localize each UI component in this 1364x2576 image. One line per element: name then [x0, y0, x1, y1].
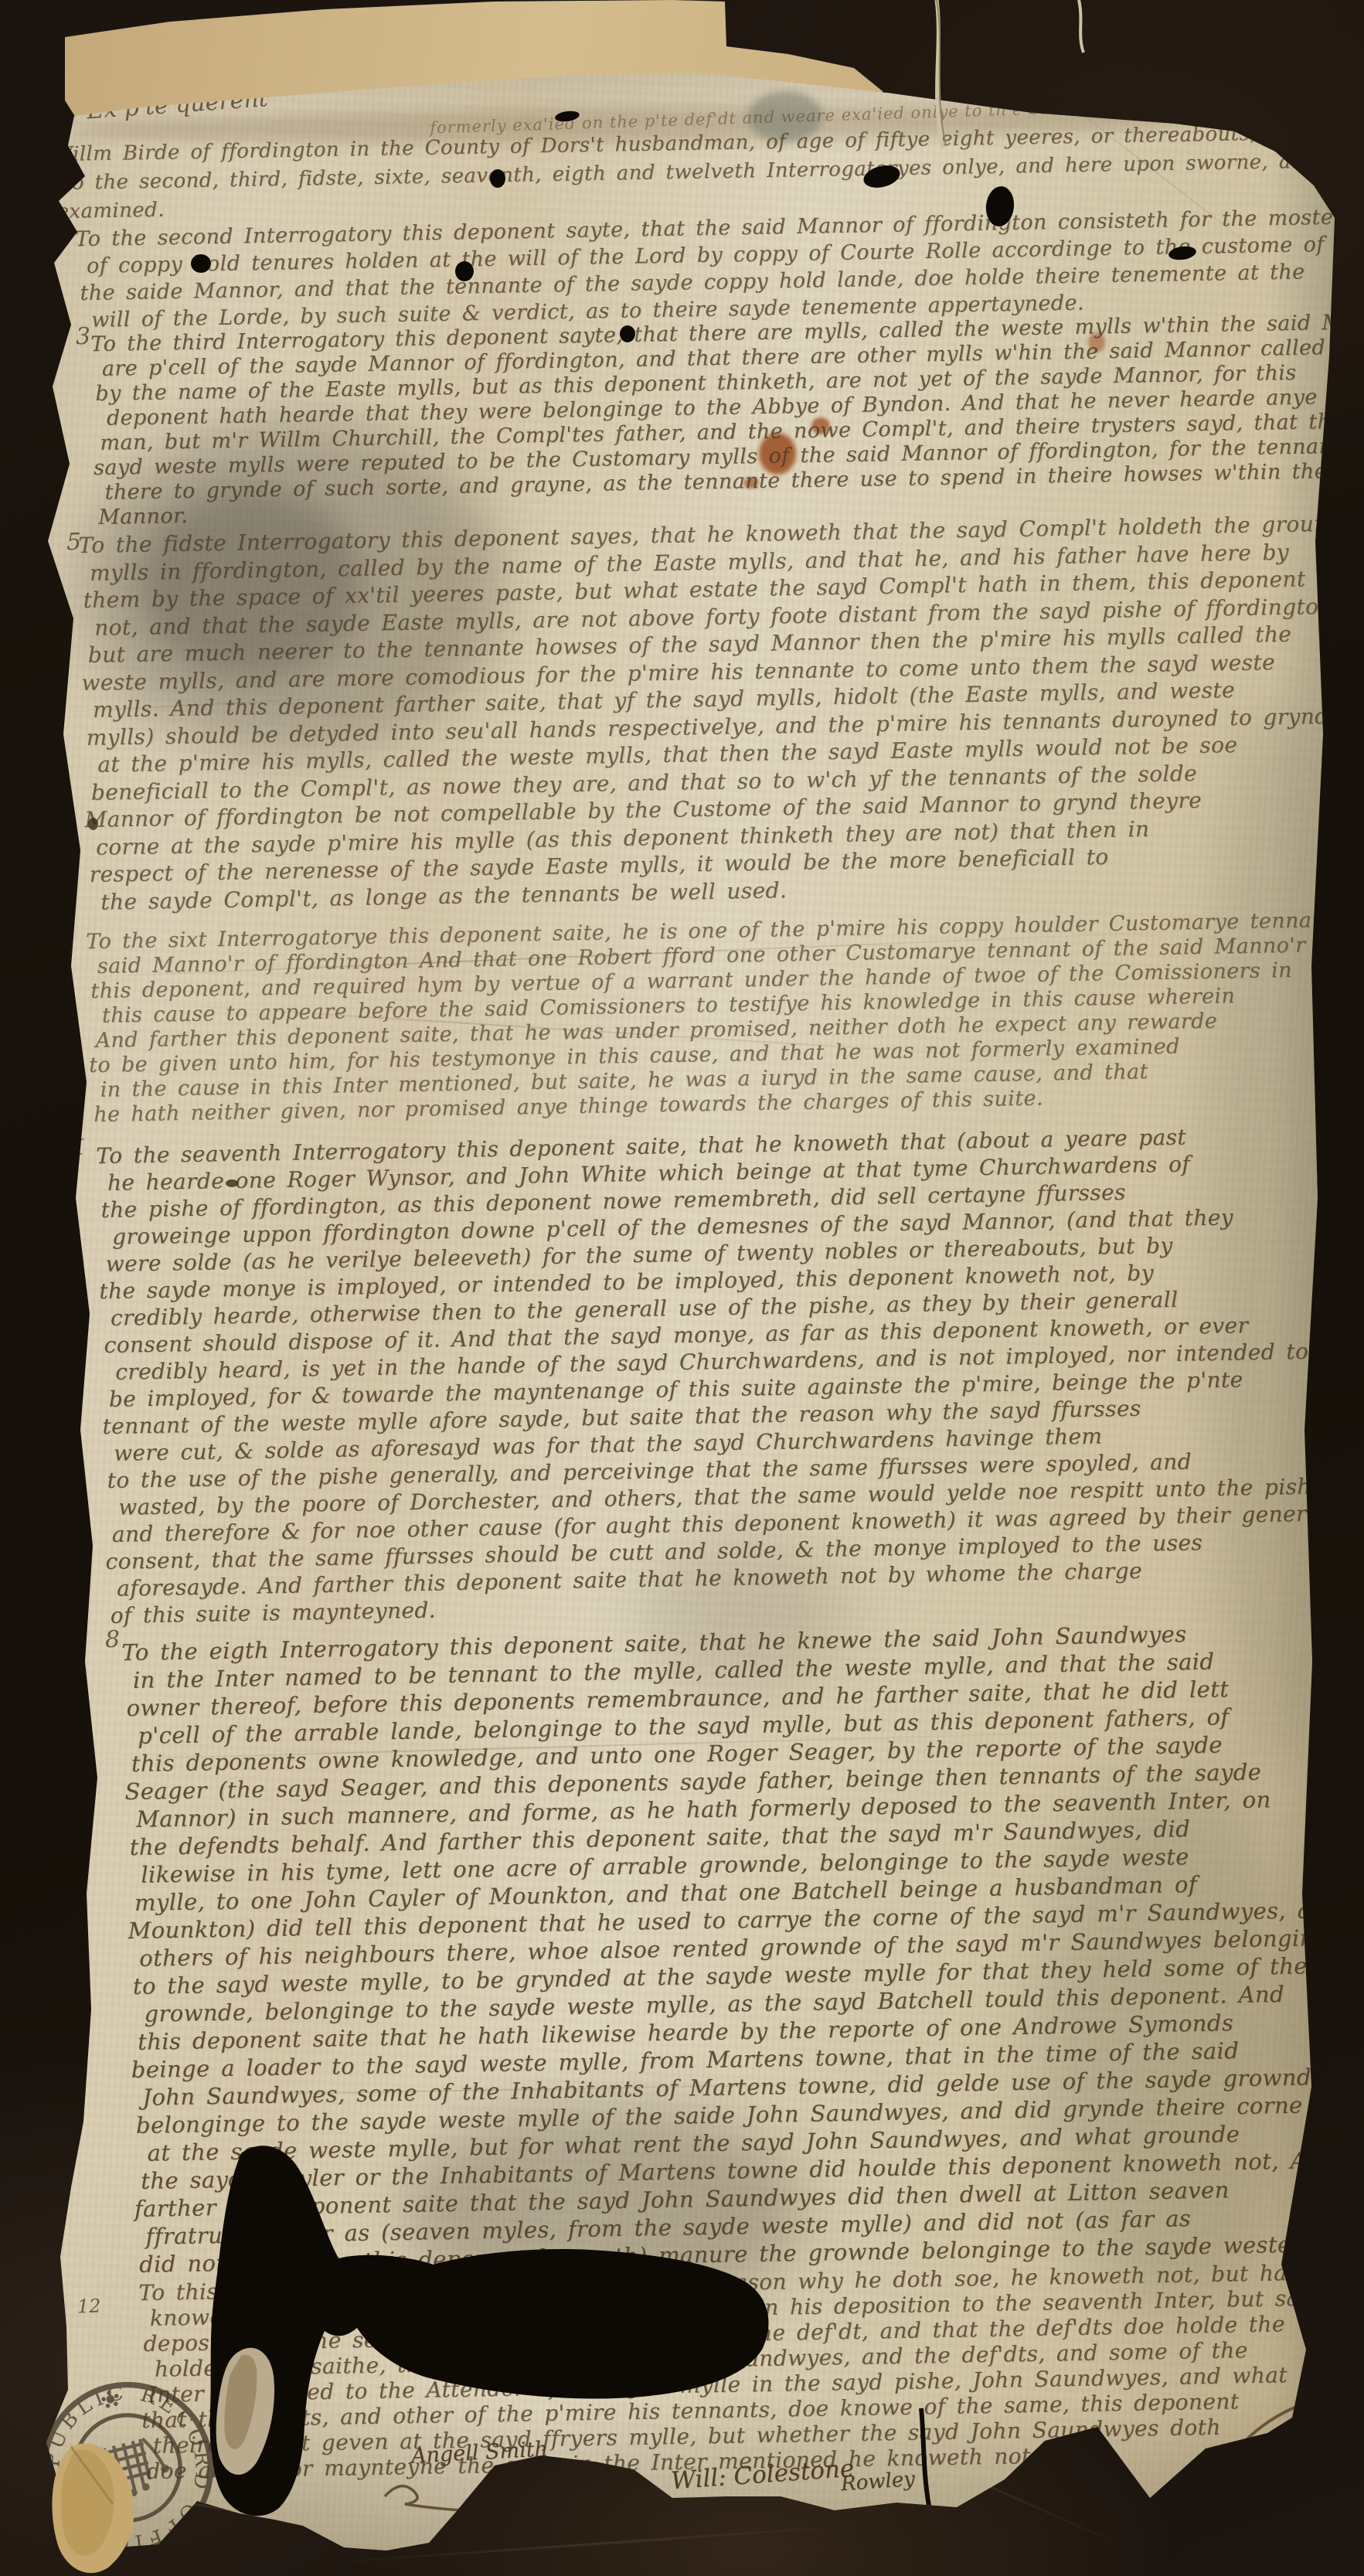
ink-blot — [226, 1179, 238, 1187]
answer-to-sixth-interrogatory: To the sixt Interrogatorye this deponent… — [94, 908, 1334, 1128]
manuscript-text: Ex p'te querent' formerly exa'ied on the… — [0, 0, 1364, 2576]
margin-interrogatory-number: 12 — [77, 2295, 102, 2317]
margin-interrogatory-number: 8 — [104, 1626, 120, 1654]
parchment-hole — [490, 169, 505, 188]
portcullis-crest — [84, 2435, 172, 2504]
answer-to-fifth-interrogatory: To the fidste Interrogatory this deponen… — [87, 510, 1329, 916]
margin-interrogatory-number: 5 — [66, 529, 81, 556]
answer-to-seventh-interrogatory: To the seaventh Interrogatory this depon… — [104, 1121, 1349, 1629]
parchment-hole — [191, 254, 211, 273]
thread — [1079, 0, 1083, 53]
margin-interrogatory-number: 3 — [75, 323, 90, 351]
signature: Rowley — [840, 2468, 916, 2496]
margin-interrogatory-number: 6 — [61, 909, 77, 937]
stain-rust-small — [1076, 63, 1097, 77]
answer-to-eighth-interrogatory: To the eigth Interrogatory this deponent… — [130, 1617, 1364, 2278]
answer-to-third-interrogatory: To the third Interrogatory this deponent… — [99, 311, 1338, 530]
margin-interrogatory-number: X — [67, 1135, 83, 1161]
photo-backdrop: Ex p'te querent' formerly exa'ied on the… — [0, 0, 1364, 2576]
deposition-closing: To this but lett the same out to others,… — [147, 2258, 1364, 2484]
parchment-slit — [1053, 72, 1079, 90]
parchment-hole — [455, 261, 474, 281]
parchment-hole — [620, 325, 635, 342]
parchment-sheet: Ex p'te querent' formerly exa'ied on the… — [0, 0, 1364, 2576]
ink-blot — [88, 818, 98, 830]
